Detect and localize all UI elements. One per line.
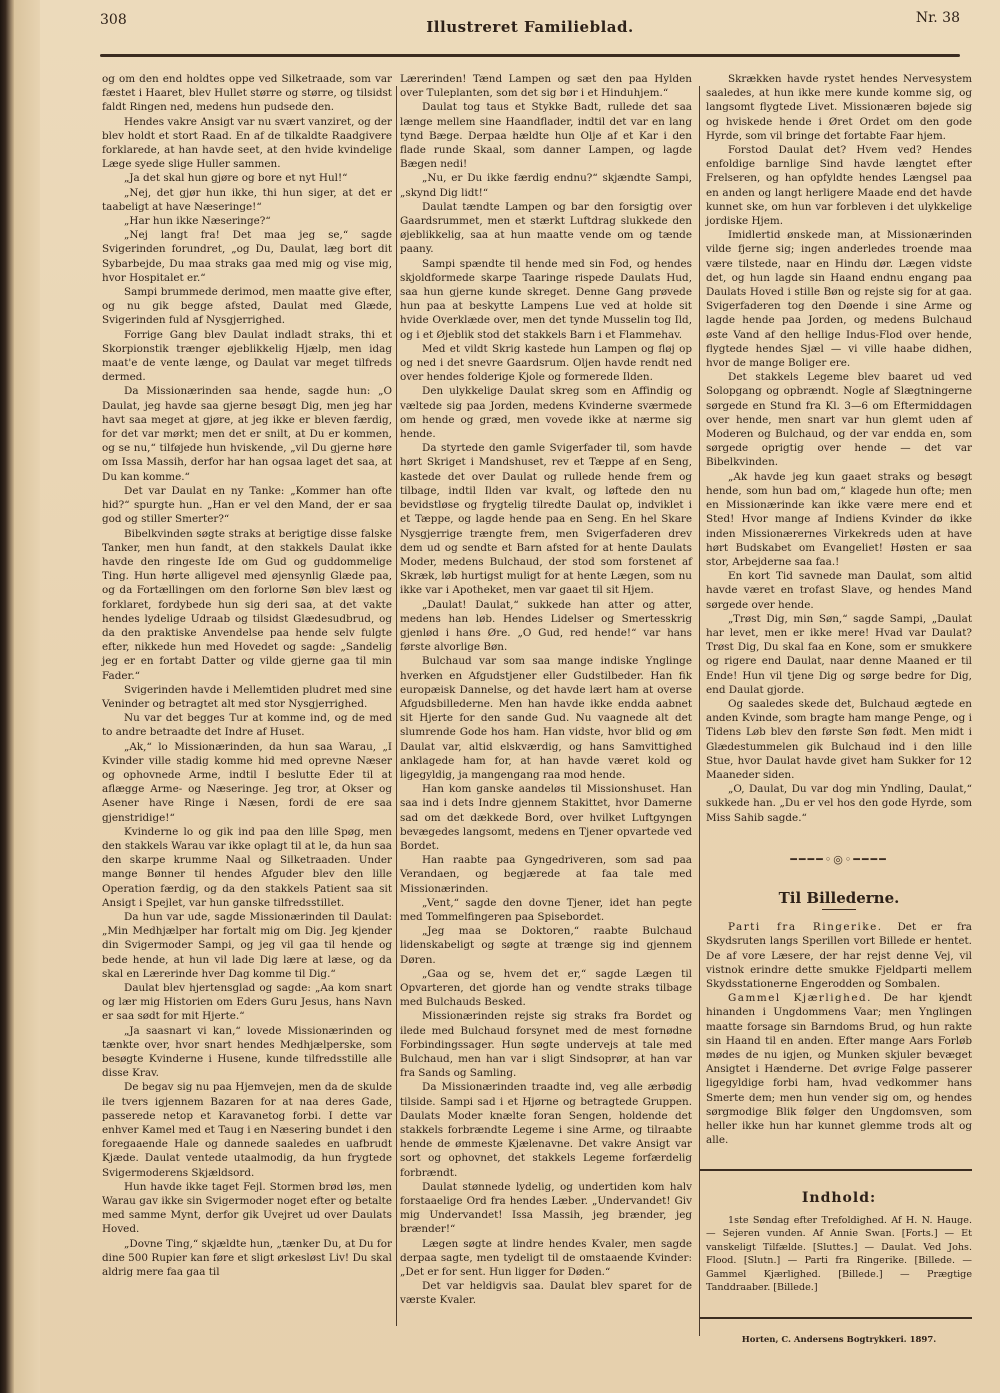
page-header: 308 Illustreret Familieblad. Nr. 38 xyxy=(100,0,960,68)
article-paragraph: Og saaledes skede det, Bulchaud ægtede e… xyxy=(706,697,972,782)
section-title: Til Billederne. xyxy=(706,891,972,905)
article-paragraph: Hun havde ikke taget Fejl. Stormen brød … xyxy=(102,1180,392,1237)
header-rule xyxy=(100,54,960,57)
page-edge xyxy=(14,0,41,1393)
article-paragraph: Hendes vakre Ansigt var nu svært vanzire… xyxy=(102,115,392,172)
column-divider xyxy=(396,86,397,1326)
article-paragraph: Svigerinden havde i Mellemtiden pludret … xyxy=(102,683,392,711)
article-paragraph: „Dovne Ting,“ skjældte hun, „tænker Du, … xyxy=(102,1237,392,1280)
article-paragraph: „Ak,“ lo Missionærinden, da hun saa Wara… xyxy=(102,740,392,825)
article-paragraph: Daulat stønnede lydelig, og undertiden k… xyxy=(400,1180,692,1237)
newspaper-page: 308 Illustreret Familieblad. Nr. 38 og o… xyxy=(40,0,1000,1393)
article-paragraph: Bibelkvinden søgte straks at berigtige d… xyxy=(102,527,392,683)
section-rule xyxy=(700,1169,972,1171)
article-paragraph: Forrige Gang blev Daulat indladt straks,… xyxy=(102,328,392,385)
article-paragraph: Han raabte paa Gyngedriveren, som sad pa… xyxy=(400,853,692,896)
contents-section: Indhold: 1ste Søndag efter Trefoldighed.… xyxy=(706,1191,972,1294)
article-paragraph: De begav sig nu paa Hjemvejen, men da de… xyxy=(102,1080,392,1179)
caption-item: Gammel Kjærlighed. De har kjendt hinande… xyxy=(706,991,972,1147)
footer-rule xyxy=(700,1317,972,1319)
article-paragraph: Daulat tog taus et Stykke Badt, rullede … xyxy=(400,100,692,171)
article-paragraph: Han kom ganske aandeløs til Missionshuse… xyxy=(400,782,692,853)
til-billederne-section: Til Billederne. Parti fra Ringerike. Det… xyxy=(706,891,972,1147)
short-rule xyxy=(822,909,856,910)
article-paragraph: „Ak havde jeg kun gaaet straks og besøgt… xyxy=(706,470,972,569)
article-paragraph: Imidlertid ønskede man, at Missionærinde… xyxy=(706,228,972,370)
printer-imprint: Horten, C. Andersens Bogtrykkeri. 1897. xyxy=(706,1333,972,1347)
caption-heading: Parti fra Ringerike. xyxy=(728,921,883,933)
article-paragraph: Det var heldigvis saa. Daulat blev spare… xyxy=(400,1279,692,1307)
article-paragraph: Da Missionærinden saa hende, sagde hun: … xyxy=(102,384,392,483)
article-paragraph: „Nu, er Du ikke færdig endnu?“ skjændte … xyxy=(400,171,692,199)
article-paragraph: Missionærinden rejste sig straks fra Bor… xyxy=(400,1009,692,1080)
article-paragraph: Daulat tændte Lampen og bar den forsigti… xyxy=(400,200,692,257)
article-paragraph: Kvinderne lo og gik ind paa den lille Sp… xyxy=(102,825,392,910)
article-paragraph: Med et vildt Skrig kastede hun Lampen og… xyxy=(400,342,692,385)
article-paragraph: „Jeg maa se Doktoren,“ raabte Bulchaud l… xyxy=(400,924,692,967)
caption-text: De har kjendt hinanden i Ungdommens Vaar… xyxy=(706,992,972,1146)
article-paragraph: Daulat blev hjertensglad og sagde: „Aa k… xyxy=(102,981,392,1024)
column-divider xyxy=(699,86,700,1336)
article-paragraph: „Trøst Dig, min Søn,“ sagde Sampi, „Daul… xyxy=(706,612,972,697)
contents-title: Indhold: xyxy=(706,1191,972,1205)
article-column-3: Skrækken havde rystet hendes Nervesystem… xyxy=(706,72,972,1347)
article-paragraph: Sampi brummede derimod, men maatte give … xyxy=(102,285,392,328)
article-paragraph: Sampi spændte til hende med sin Fod, og … xyxy=(400,257,692,342)
masthead-title: Illustreret Familieblad. xyxy=(100,18,960,36)
article-paragraph: En kort Tid savnede man Daulat, som alti… xyxy=(706,569,972,612)
article-paragraph: „Ja det skal hun gjøre og bore et nyt Hu… xyxy=(102,171,392,185)
article-paragraph: „Gaa og se, hvem det er,“ sagde Lægen ti… xyxy=(400,967,692,1010)
article-paragraph: „O, Daulat, Du var dog min Yndling, Daul… xyxy=(706,782,972,825)
article-paragraph: „Nej, det gjør hun ikke, thi hun siger, … xyxy=(102,186,392,214)
caption-heading: Gammel Kjærlighed. xyxy=(728,992,872,1004)
contents-text: 1ste Søndag efter Trefoldighed. Af H. N.… xyxy=(706,1214,972,1295)
article-paragraph: Lægen søgte at lindre hendes Kvaler, men… xyxy=(400,1237,692,1280)
article-paragraph: Forstod Daulat det? Hvem ved? Hendes enf… xyxy=(706,143,972,228)
article-paragraph: „Daulat! Daulat,“ sukkede han atter og a… xyxy=(400,598,692,655)
article-paragraph: Det stakkels Legeme blev baaret ud ved S… xyxy=(706,370,972,469)
article-paragraph: Bulchaud var som saa mange indiske Yngli… xyxy=(400,654,692,782)
article-paragraph: Nu var det begges Tur at komme ind, og d… xyxy=(102,711,392,739)
article-paragraph: Den ulykkelige Daulat skreg som en Affin… xyxy=(400,384,692,441)
article-paragraph: Det var Daulat en ny Tanke: „Kommer han … xyxy=(102,484,392,527)
article-paragraph: „Vent,“ sagde den dovne Tjener, idet han… xyxy=(400,896,692,924)
contents-body: 1ste Søndag efter Trefoldighed. Af H. N.… xyxy=(706,1214,972,1295)
article-paragraph: „Nej langt fra! Det maa jeg se,“ sagde S… xyxy=(102,228,392,285)
ornament-divider: ━━━━◦◎◦━━━━ xyxy=(706,853,972,867)
article-paragraph: „Har hun ikke Næseringe?“ xyxy=(102,214,392,228)
book-spine-shadow xyxy=(0,0,14,1393)
article-paragraph: Da Missionærinden traadte ind, veg alle … xyxy=(400,1080,692,1179)
caption-item: Parti fra Ringerike. Det er fra Skydsrut… xyxy=(706,920,972,991)
article-paragraph: Skrækken havde rystet hendes Nervesystem… xyxy=(706,72,972,143)
article-paragraph: „Ja saasnart vi kan,“ lovede Missionærin… xyxy=(102,1024,392,1081)
article-paragraph: Da hun var ude, sagde Missionærinden til… xyxy=(102,910,392,981)
article-paragraph: Da styrtede den gamle Svigerfader til, s… xyxy=(400,441,692,597)
article-column-1: og om den end holdtes oppe ved Silketraa… xyxy=(102,72,392,1279)
issue-number: Nr. 38 xyxy=(916,10,960,26)
article-paragraph: og om den end holdtes oppe ved Silketraa… xyxy=(102,72,392,115)
article-column-2: Lærerinden! Tænd Lampen og sæt den paa H… xyxy=(400,72,692,1308)
article-paragraph: Lærerinden! Tænd Lampen og sæt den paa H… xyxy=(400,72,692,100)
